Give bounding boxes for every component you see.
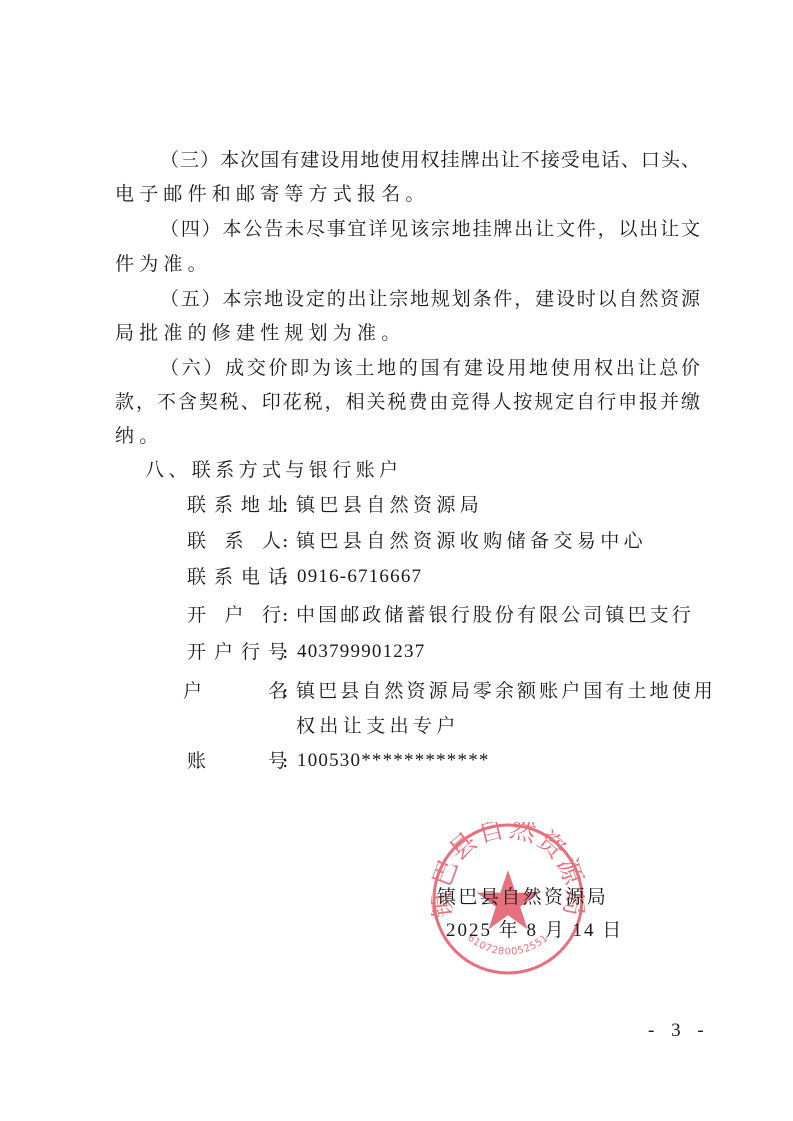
paragraph-item5-line1: （五）本宗地设定的出让宗地规划条件，建设时以自然资源 — [160, 286, 700, 312]
colon: : — [282, 678, 288, 704]
field-value: 镇巴县自然资源局零余额账户国有土地使用 — [296, 678, 716, 704]
field-value: 0916-6716667 — [297, 564, 422, 590]
colon: : — [282, 564, 288, 590]
field-label: 账 号 — [187, 748, 287, 774]
paragraph-item6-line2: 款，不含契税、印花税，相关税费由竞得人按规定自行申报并缴 — [115, 389, 700, 415]
colon: : — [282, 639, 288, 665]
colon: : — [282, 528, 288, 554]
section-heading-contact: 八、联系方式与银行账户 — [145, 457, 402, 483]
paragraph-item4-line2: 件为准。 — [115, 251, 212, 277]
field-value: 403799901237 — [297, 639, 425, 665]
signature-org: 镇巴县自然资源局 — [437, 884, 608, 910]
field-value: 中国邮政储蓄银行股份有限公司镇巴支行 — [296, 602, 694, 628]
field-label: 户 名 — [183, 678, 287, 704]
paragraph-item3-line1: （三）本次国有建设用地使用权挂牌出让不接受电话、口头、 — [160, 147, 700, 173]
paragraph-item3-line2: 电子邮件和邮寄等方式报名。 — [115, 181, 430, 207]
paragraph-item6-line1: （六）成交价即为该土地的国有建设用地使用权出让总价 — [160, 355, 700, 381]
field-account-name-cont: 权出让支出专户 — [296, 713, 460, 739]
field-label: 开 户 行 号 — [187, 639, 287, 665]
field-label: 联 系 地 址 — [187, 492, 287, 518]
colon: : — [282, 748, 288, 774]
paragraph-item4-line1: （四）本公告未尽事宜详见该宗地挂牌出让文件，以出让文 — [160, 216, 700, 242]
field-value: 镇巴县自然资源收购储备交易中心 — [296, 528, 647, 554]
field-value: 100530************ — [297, 748, 490, 774]
document-page: （三）本次国有建设用地使用权挂牌出让不接受电话、口头、 电子邮件和邮寄等方式报名… — [0, 0, 793, 1121]
signature-date: 2025 年 8 月 14 日 — [446, 918, 623, 944]
page-number: - 3 - — [648, 1020, 710, 1042]
field-label: 开 户 行 — [187, 602, 281, 628]
field-value: 镇巴县自然资源局 — [296, 492, 483, 518]
field-label: 联 系 人 — [187, 528, 281, 554]
paragraph-item6-line3: 纳。 — [115, 423, 163, 449]
colon: : — [282, 492, 288, 518]
colon: : — [282, 602, 288, 628]
paragraph-item5-line2: 局批准的修建性规划为准。 — [115, 320, 405, 346]
field-label: 联 系 电 话 — [187, 564, 287, 590]
